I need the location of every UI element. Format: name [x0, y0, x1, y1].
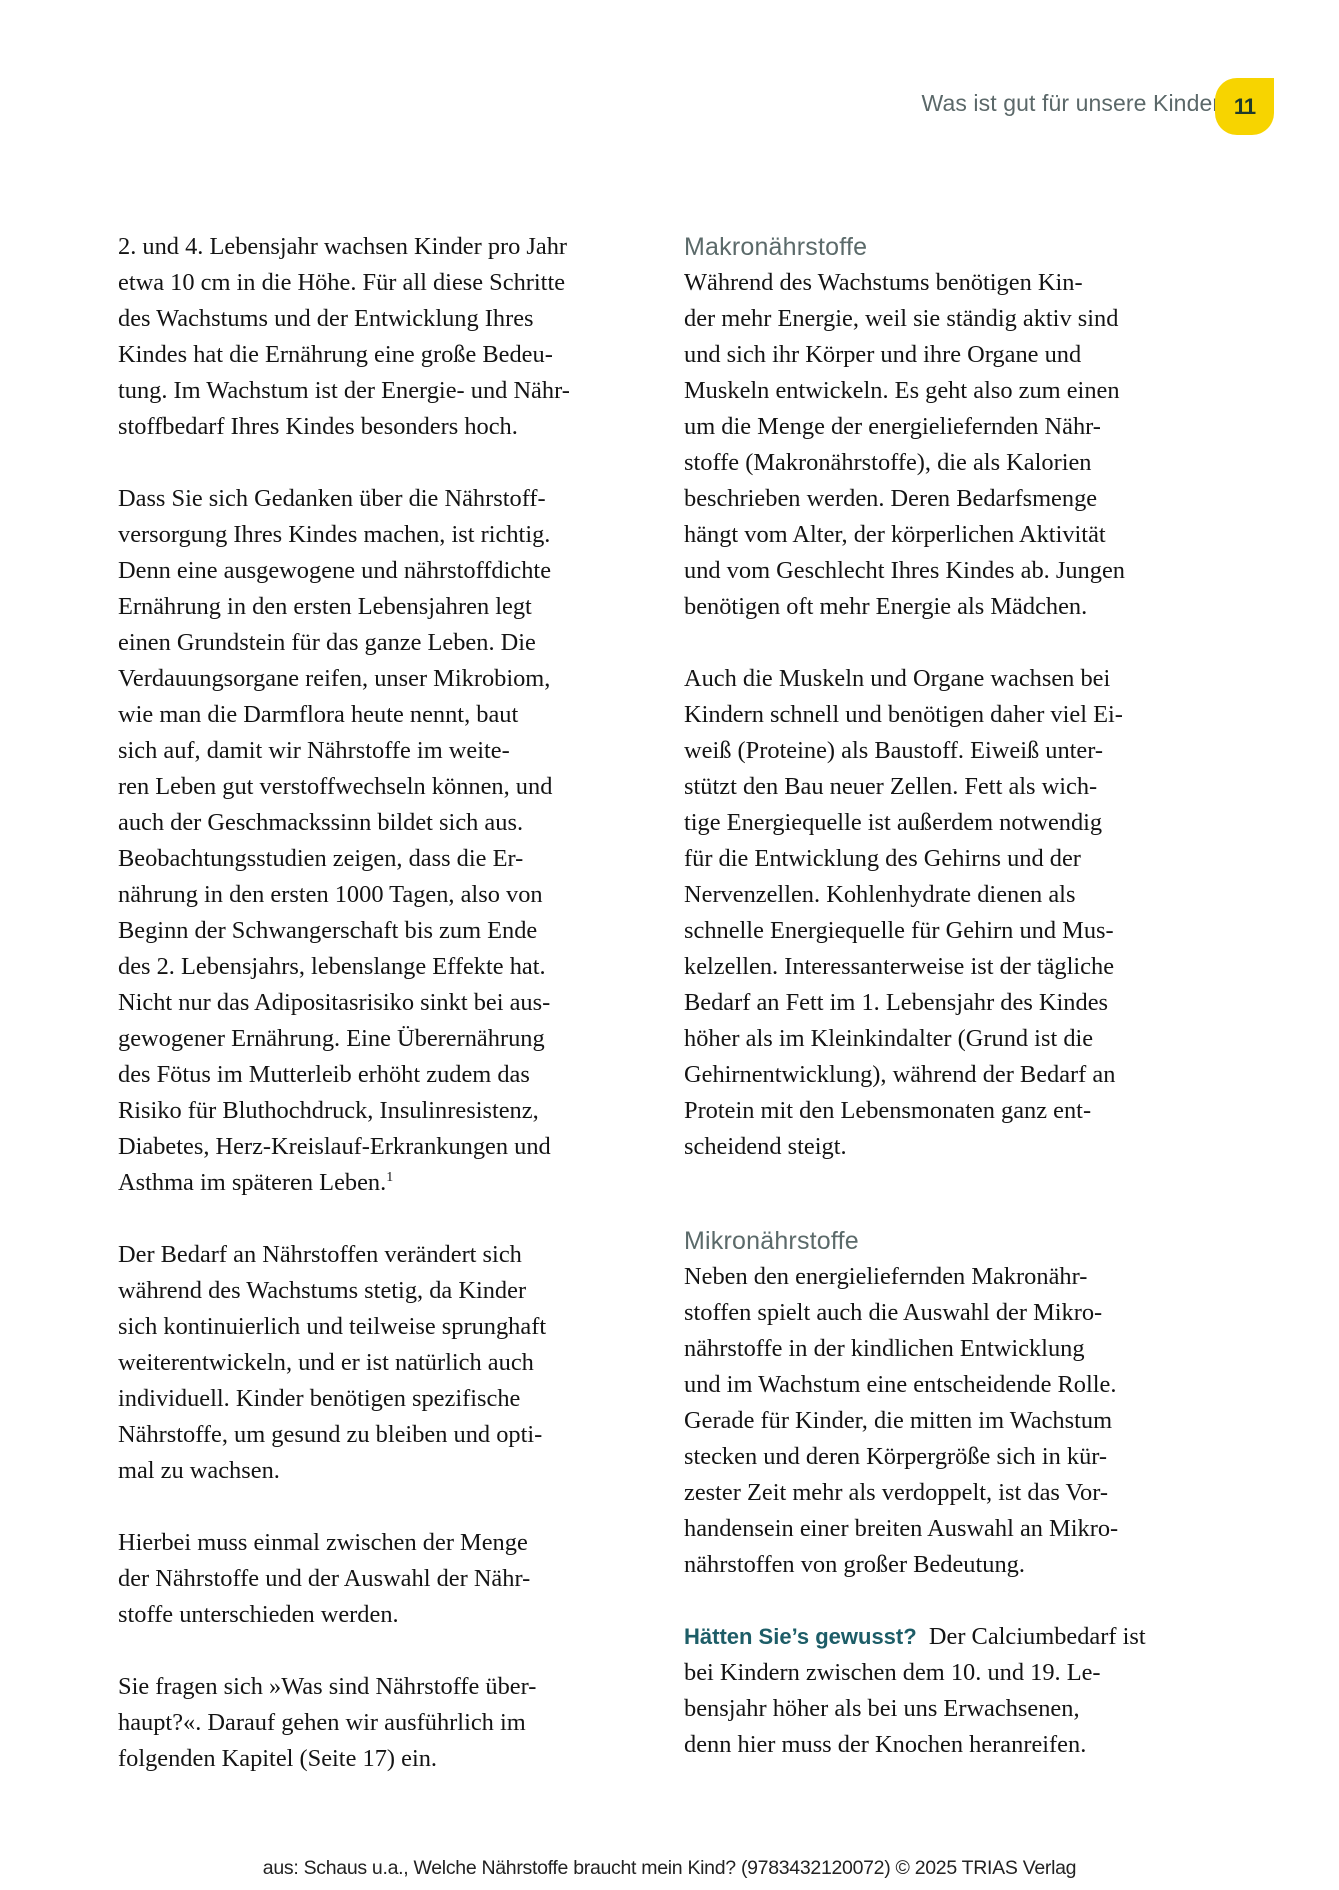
- paragraph: Dass Sie sich Gedanken über die Nährstof…: [118, 481, 638, 1201]
- paragraph-text: Dass Sie sich Gedanken über die Nährstof…: [118, 485, 552, 1196]
- right-column: Makronährstoffe Während des Wachstums be…: [684, 229, 1204, 1763]
- page-number-badge: 11: [1215, 78, 1274, 135]
- paragraph: Neben den energieliefernden Makronähr- s…: [684, 1259, 1204, 1583]
- footnote-reference[interactable]: 1: [386, 1170, 393, 1185]
- paragraph: Auch die Muskeln und Organe wachsen bei …: [684, 661, 1204, 1165]
- section-heading-makronaehrstoffe: Makronährstoffe: [684, 229, 1204, 265]
- did-you-know-label: Hätten Sie’s gewusst?: [684, 1624, 917, 1649]
- paragraph: 2. und 4. Lebensjahr wachsen Kinder pro …: [118, 229, 638, 445]
- paragraph: Der Bedarf an Nährstoffen verändert sich…: [118, 1237, 638, 1489]
- left-column: 2. und 4. Lebensjahr wachsen Kinder pro …: [118, 229, 638, 1777]
- page-number: 11: [1234, 94, 1255, 120]
- source-citation-footer: aus: Schaus u.a., Welche Nährstoffe brau…: [0, 1857, 1339, 1880]
- did-you-know-box: Hätten Sie’s gewusst? Der Calciumbedarf …: [684, 1619, 1204, 1763]
- paragraph: Hierbei muss einmal zwischen der Menge d…: [118, 1525, 638, 1633]
- running-header-title: Was ist gut für unsere Kinder?: [921, 90, 1233, 117]
- section-heading-mikronaehrstoffe: Mikronährstoffe: [684, 1223, 1204, 1259]
- paragraph: Während des Wachstums benötigen Kin- der…: [684, 265, 1204, 625]
- paragraph: Sie fragen sich »Was sind Nährstoffe übe…: [118, 1669, 638, 1777]
